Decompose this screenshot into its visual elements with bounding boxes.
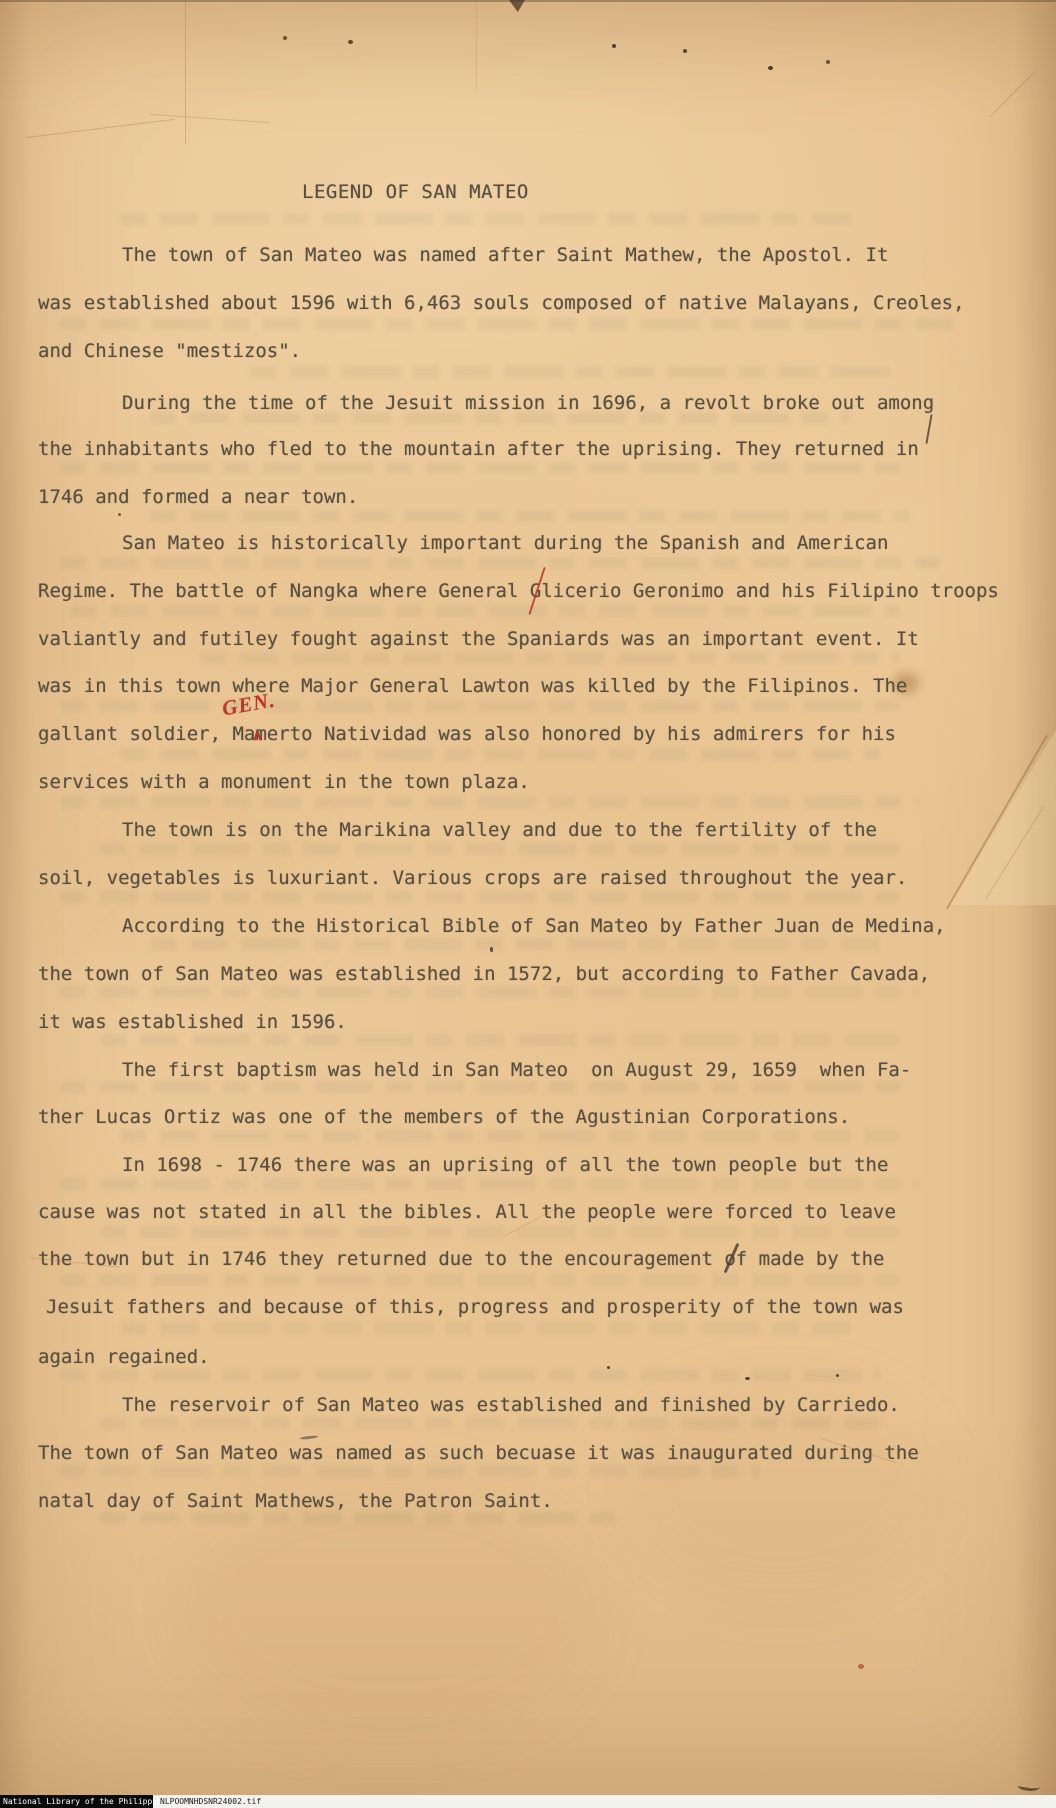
paper-crease	[150, 114, 270, 123]
typed-line: the town but in 1746 they returned due t…	[38, 1247, 884, 1271]
typed-line: Regime. The battle of Nangka where Gener…	[38, 579, 999, 603]
paper-crease	[25, 119, 174, 138]
typed-line: The reservoir of San Mateo was establish…	[122, 1393, 900, 1417]
typed-line: In 1698 - 1746 there was an uprising of …	[122, 1153, 888, 1177]
ghost-bleedthrough-line	[100, 1034, 900, 1046]
red-caret-icon: ∧	[252, 726, 263, 745]
typed-line: The first baptism was held in San Mateo …	[122, 1058, 911, 1082]
ghost-bleedthrough-line	[60, 1178, 920, 1190]
typed-line: it was established in 1596.	[38, 1010, 347, 1034]
ghost-bleedthrough-line	[150, 510, 910, 522]
typed-line: the inhabitants who fled to the mountain…	[38, 437, 919, 461]
ghost-bleedthrough-line	[70, 605, 900, 617]
pen-mark	[925, 414, 932, 444]
ink-speck	[826, 60, 830, 64]
ghost-bleedthrough-line	[60, 986, 920, 998]
edge-curl-mark	[1017, 1781, 1040, 1793]
ghost-bleedthrough-line	[60, 462, 910, 474]
fold-crease	[985, 806, 1044, 900]
ghost-bleedthrough-line	[60, 318, 960, 330]
ghost-bleedthrough-line	[250, 366, 900, 378]
stain	[180, 1480, 600, 1740]
ghost-bleedthrough-line	[60, 1274, 900, 1286]
ghost-bleedthrough-line	[60, 1465, 760, 1477]
red-speck	[858, 1664, 864, 1669]
typed-line: was in this town where Major General Law…	[38, 674, 907, 698]
footer-library-label: National Library of the Philippines	[3, 1797, 172, 1806]
ghost-bleedthrough-line	[60, 891, 900, 903]
fold-crease	[946, 735, 1048, 909]
typed-line: Jesuit fathers and because of this, prog…	[46, 1295, 904, 1319]
typed-line: 1746 and formed a near town.	[38, 485, 358, 509]
typed-line: again regained.	[38, 1345, 210, 1369]
typed-line: and Chinese "mestizos".	[38, 339, 301, 363]
ghost-bleedthrough-line	[150, 938, 890, 950]
fold-highlight	[950, 730, 1056, 905]
typed-line: The town of San Mateo was named as such …	[38, 1441, 919, 1465]
ghost-bleedthrough-line	[120, 213, 860, 225]
ghost-bleedthrough-line	[60, 796, 920, 808]
typed-line: the town of San Mateo was established in…	[38, 962, 930, 986]
paper-texture	[0, 0, 1056, 1808]
ghost-bleedthrough-line	[100, 843, 900, 855]
typed-line: During the time of the Jesuit mission in…	[122, 391, 934, 415]
typed-line: The town of San Mateo was named after Sa…	[122, 243, 888, 267]
ghost-bleedthrough-line	[60, 1369, 880, 1381]
ink-speck	[283, 36, 287, 40]
ghost-bleedthrough-line	[100, 1226, 900, 1238]
ink-speck	[118, 513, 121, 516]
ghost-bleedthrough-line	[60, 700, 900, 712]
typed-line: cause was not stated in all the bibles. …	[38, 1200, 896, 1224]
typed-line: According to the Historical Bible of San…	[122, 914, 946, 938]
scan-edge-notch	[509, 0, 525, 12]
ink-speck	[348, 40, 353, 44]
typed-line: was established about 1596 with 6,463 so…	[38, 291, 965, 315]
scan-top-edge	[0, 0, 1056, 2]
scanned-document-page: { "page": { "colors": { "paper": "#e9c49…	[0, 0, 1056, 1808]
paper-crease	[185, 0, 186, 145]
typed-line: ther Lucas Ortiz was one of the members …	[38, 1105, 850, 1129]
ghost-bleedthrough-line	[120, 748, 880, 760]
ink-speck	[683, 49, 687, 53]
footer-filename: NLPOOMNHDSNR24002.tif	[160, 1797, 261, 1806]
page-title: LEGEND OF SAN MATEO	[302, 180, 529, 204]
ghost-bleedthrough-line	[120, 1130, 900, 1142]
ink-speck	[490, 947, 493, 952]
ink-speck	[612, 44, 616, 48]
ghost-bleedthrough-line	[100, 1512, 620, 1524]
typed-line: The town is on the Marikina valley and d…	[122, 818, 877, 842]
typed-line: natal day of Saint Mathews, the Patron S…	[38, 1489, 553, 1513]
paper-crease	[476, 0, 477, 90]
typed-line: valiantly and futiley fought against the…	[38, 627, 919, 651]
typed-line: services with a monument in the town pla…	[38, 770, 530, 794]
typed-line: gallant soldier, Mamerto Natividad was a…	[38, 722, 896, 746]
ghost-bleedthrough-line	[60, 557, 940, 569]
ghost-bleedthrough-line	[120, 1322, 860, 1334]
ink-speck	[607, 1366, 610, 1369]
ghost-bleedthrough-line	[200, 652, 900, 664]
typed-line: soil, vegetables is luxuriant. Various c…	[38, 866, 907, 890]
ghost-bleedthrough-line	[100, 1417, 880, 1429]
paper-crease	[990, 71, 1036, 117]
typed-line: San Mateo is historically important duri…	[122, 531, 888, 555]
ghost-bleedthrough-line	[60, 1081, 910, 1093]
ink-speck	[768, 66, 773, 70]
ink-speck	[745, 1377, 750, 1380]
ink-speck	[836, 1374, 839, 1377]
pen-scribble	[300, 1435, 318, 1440]
